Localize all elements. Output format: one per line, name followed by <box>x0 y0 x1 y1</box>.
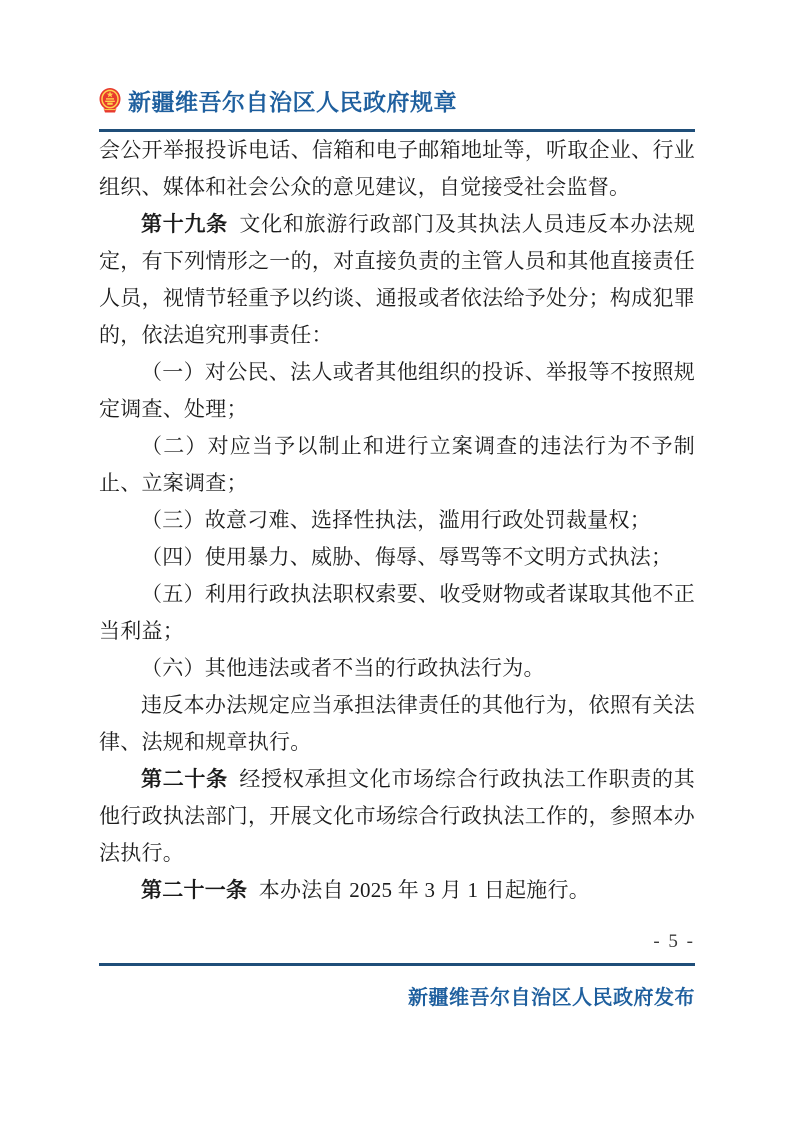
paragraph: （四）使用暴力、威胁、侮辱、辱骂等不文明方式执法； <box>99 539 695 576</box>
paragraph: 违反本办法规定应当承担法律责任的其他行为，依照有关法律、法规和规章执行。 <box>99 687 695 761</box>
document-body: 会公开举报投诉电话、信箱和电子邮箱地址等，听取企业、行业组织、媒体和社会公众的意… <box>99 132 695 909</box>
paragraph-text: 本办法自 2025 年 3 月 1 日起施行。 <box>259 878 590 902</box>
paragraph-text: （一）对公民、法人或者其他组织的投诉、举报等不按照规定调查、处理； <box>99 360 695 421</box>
paragraph-text: （五）利用行政执法职权索要、收受财物或者谋取其他不正当利益； <box>99 582 695 643</box>
paragraph: 第二十一条本办法自 2025 年 3 月 1 日起施行。 <box>99 872 695 909</box>
document-title: 新疆维吾尔自治区人民政府规章 <box>128 84 457 117</box>
paragraph: 会公开举报投诉电话、信箱和电子邮箱地址等，听取企业、行业组织、媒体和社会公众的意… <box>99 132 695 206</box>
national-emblem-icon <box>99 87 121 114</box>
document-page: 新疆维吾尔自治区人民政府规章 会公开举报投诉电话、信箱和电子邮箱地址等，听取企业… <box>0 0 793 1122</box>
paragraph-text: （四）使用暴力、威胁、侮辱、辱骂等不文明方式执法； <box>141 545 672 569</box>
article-number: 第二十条 <box>141 767 228 791</box>
paragraph: （三）故意刁难、选择性执法，滥用行政处罚裁量权； <box>99 502 695 539</box>
paragraph: 第十九条文化和旅游行政部门及其执法人员违反本办法规定，有下列情形之一的，对直接负… <box>99 206 695 354</box>
paragraph-text: （三）故意刁难、选择性执法，滥用行政处罚裁量权； <box>141 508 651 532</box>
paragraph: 第二十条经授权承担文化市场综合行政执法工作职责的其他行政执法部门，开展文化市场综… <box>99 761 695 872</box>
article-number: 第二十一条 <box>141 878 247 902</box>
footer-rule <box>99 963 695 966</box>
paragraph: （一）对公民、法人或者其他组织的投诉、举报等不按照规定调查、处理； <box>99 354 695 428</box>
article-number: 第十九条 <box>141 212 228 236</box>
paragraph-text: （六）其他违法或者不当的行政执法行为。 <box>141 656 545 680</box>
paragraph: （二）对应当予以制止和进行立案调查的违法行为不予制止、立案调查； <box>99 428 695 502</box>
paragraph: （五）利用行政执法职权索要、收受财物或者谋取其他不正当利益； <box>99 576 695 650</box>
paragraph-text: 违反本办法规定应当承担法律责任的其他行为，依照有关法律、法规和规章执行。 <box>99 693 695 754</box>
paragraph-text: 会公开举报投诉电话、信箱和电子邮箱地址等，听取企业、行业组织、媒体和社会公众的意… <box>99 138 695 199</box>
paragraph: （六）其他违法或者不当的行政执法行为。 <box>99 650 695 687</box>
publisher-line: 新疆维吾尔自治区人民政府发布 <box>99 981 695 1010</box>
page-number: - 5 - <box>99 931 695 953</box>
paragraph-text: （二）对应当予以制止和进行立案调查的违法行为不予制止、立案调查； <box>99 434 695 495</box>
document-header: 新疆维吾尔自治区人民政府规章 <box>99 84 695 116</box>
